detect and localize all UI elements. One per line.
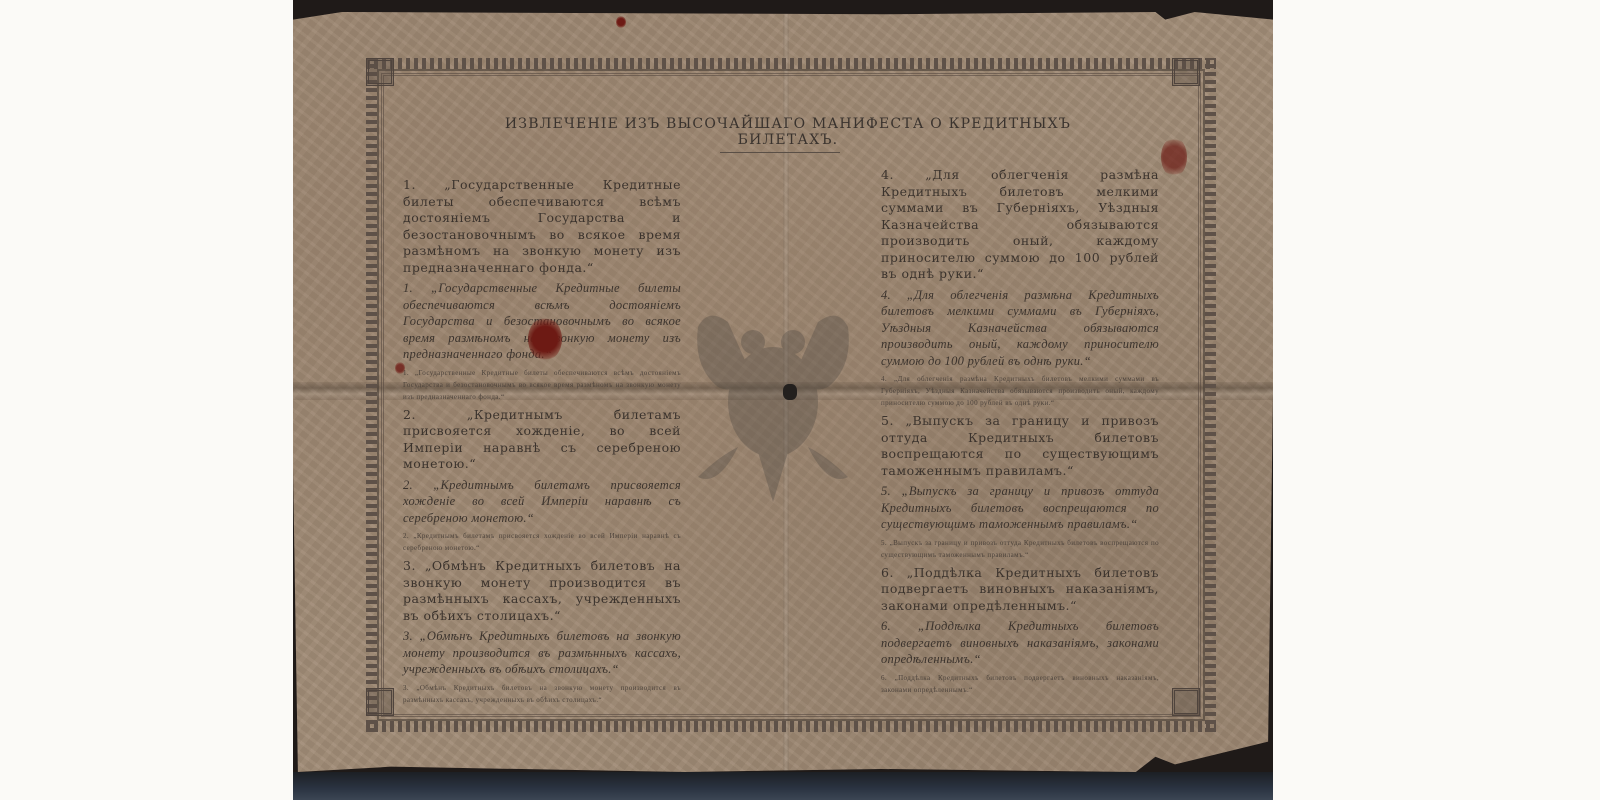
- article-5-italic: 5. „Выпускъ за границу и привозъ оттуда …: [881, 483, 1159, 533]
- article-5-small: 5. „Выпускъ за границу и привозъ оттуда …: [881, 537, 1159, 561]
- scanner-edge: [293, 772, 1273, 800]
- corner-ornament: [1172, 688, 1200, 716]
- article-2: 2. „Кредитнымъ билетамъ присвояется хожд…: [403, 407, 681, 473]
- manifesto-title: ИЗВЛЕЧЕНIЕ ИЗЪ ВЫСОЧАЙШАГО МАНИФЕСТА О К…: [458, 116, 1118, 148]
- corner-ornament: [1172, 58, 1200, 86]
- article-3-italic: 3. „Обмѣнъ Кредитныхъ билетовъ на звонку…: [403, 628, 681, 678]
- right-column: 4. „Для облегченiя размѣна Кредитныхъ би…: [881, 167, 1159, 700]
- article-3-small: 3. „Обмѣнъ Кредитныхъ билетовъ на звонку…: [403, 682, 681, 706]
- red-stain: [1161, 137, 1187, 177]
- article-3: 3. „Обмѣнъ Кредитныхъ билетовъ на звонку…: [403, 558, 681, 624]
- article-4-italic: 4. „Для облегченiя размѣна Кредитныхъ би…: [881, 287, 1159, 370]
- article-2-italic: 2. „Кредитнымъ билетамъ присвояется хожд…: [403, 477, 681, 527]
- corner-ornament: [366, 58, 394, 86]
- article-4: 4. „Для облегченiя размѣна Кредитныхъ би…: [881, 167, 1159, 283]
- fold-hole: [783, 384, 797, 400]
- title-divider: [720, 152, 840, 153]
- article-2-small: 2. „Кредитнымъ билетамъ присвояется хожд…: [403, 530, 681, 554]
- article-1-small: 1. „Государственные Кредитные билеты обе…: [403, 367, 681, 403]
- red-stain: [395, 362, 405, 374]
- corner-ornament: [366, 688, 394, 716]
- article-6: 6. „Поддѣлка Кредитныхъ билетовъ подверг…: [881, 565, 1159, 615]
- article-6-italic: 6. „Поддѣлка Кредитныхъ билетовъ подверг…: [881, 618, 1159, 668]
- article-6-small: 6. „Поддѣлка Кредитныхъ билетовъ подверг…: [881, 672, 1159, 696]
- banknote-reverse: ИЗВЛЕЧЕНIЕ ИЗЪ ВЫСОЧАЙШАГО МАНИФЕСТА О К…: [293, 12, 1273, 772]
- article-1: 1. „Государственные Кредитные билеты обе…: [403, 177, 681, 276]
- double-headed-eagle-icon: [678, 307, 868, 507]
- left-column: 1. „Государственные Кредитные билеты обе…: [403, 177, 681, 710]
- article-5: 5. „Выпускъ за границу и привозъ оттуда …: [881, 413, 1159, 479]
- red-stain: [528, 317, 562, 361]
- red-stain: [616, 16, 626, 28]
- article-4-small: 4. „Для облегченiя размѣна Кредитныхъ би…: [881, 373, 1159, 409]
